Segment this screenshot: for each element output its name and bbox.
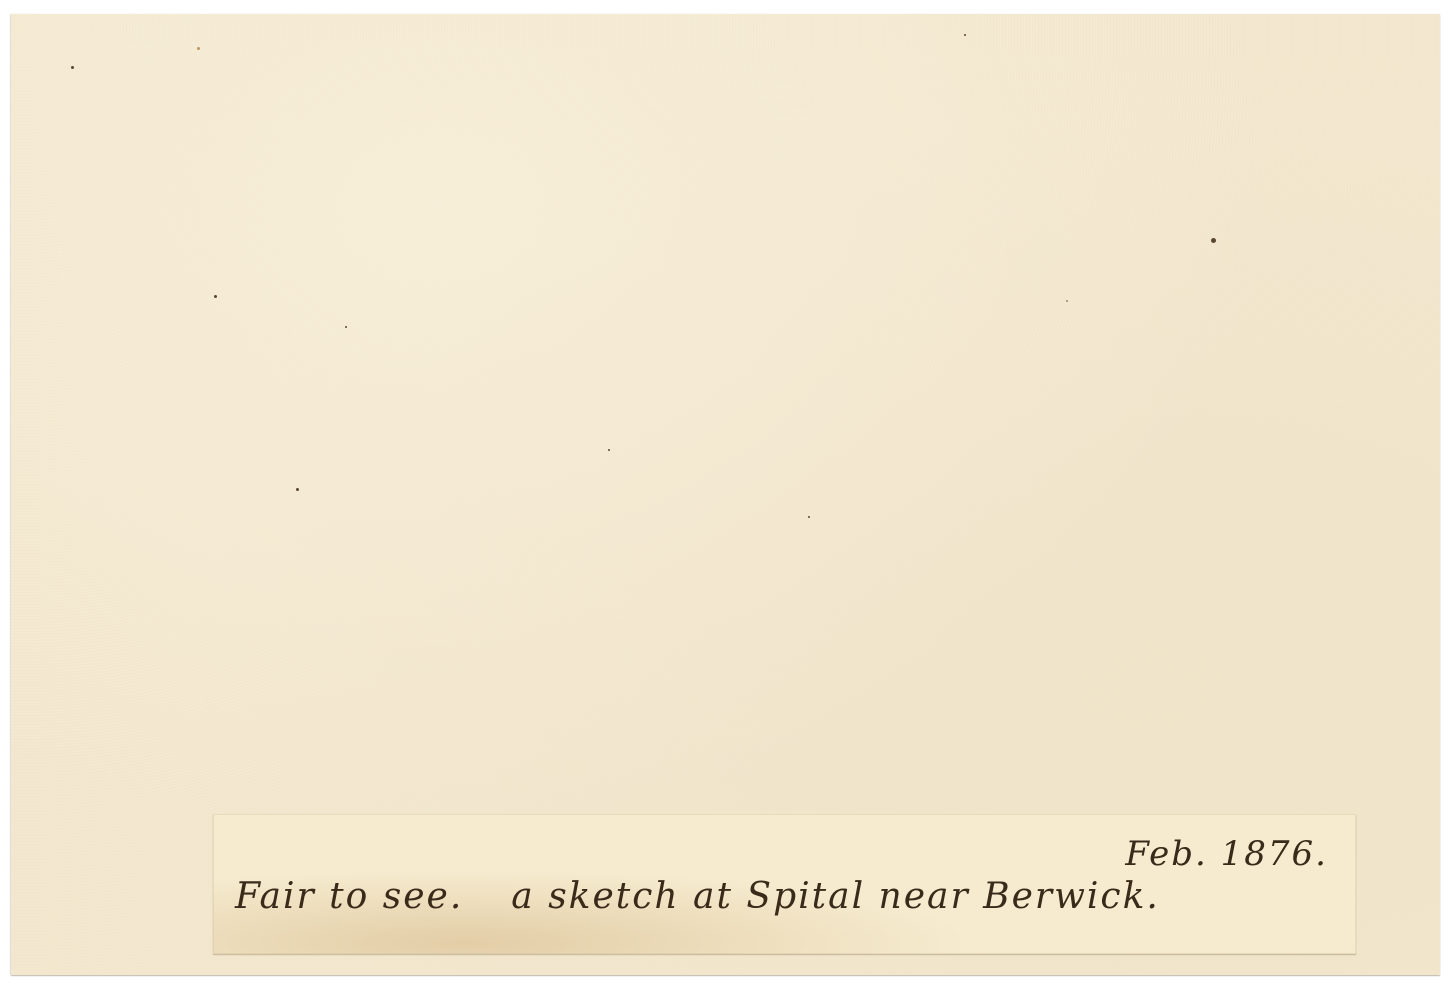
ink-speck (1066, 300, 1068, 302)
ink-speck (964, 34, 966, 36)
label-caption: Fair to see.a sketch at Spital near Berw… (235, 876, 1160, 917)
caption-description: a sketch at Spital near Berwick. (511, 876, 1160, 917)
ink-speck (345, 326, 347, 328)
ink-speck (1211, 238, 1216, 243)
mount-card: Feb. 1876. Fair to see.a sketch at Spita… (11, 14, 1440, 975)
handwritten-label: Feb. 1876. Fair to see.a sketch at Spita… (213, 814, 1356, 954)
label-date: Feb. 1876. (1125, 834, 1328, 874)
ink-speck (214, 295, 217, 298)
ink-speck (197, 47, 200, 50)
caption-title: Fair to see. (235, 876, 463, 917)
ink-speck (71, 66, 74, 69)
ink-speck (296, 488, 299, 491)
ink-speck (608, 449, 610, 451)
ink-speck (808, 516, 810, 518)
